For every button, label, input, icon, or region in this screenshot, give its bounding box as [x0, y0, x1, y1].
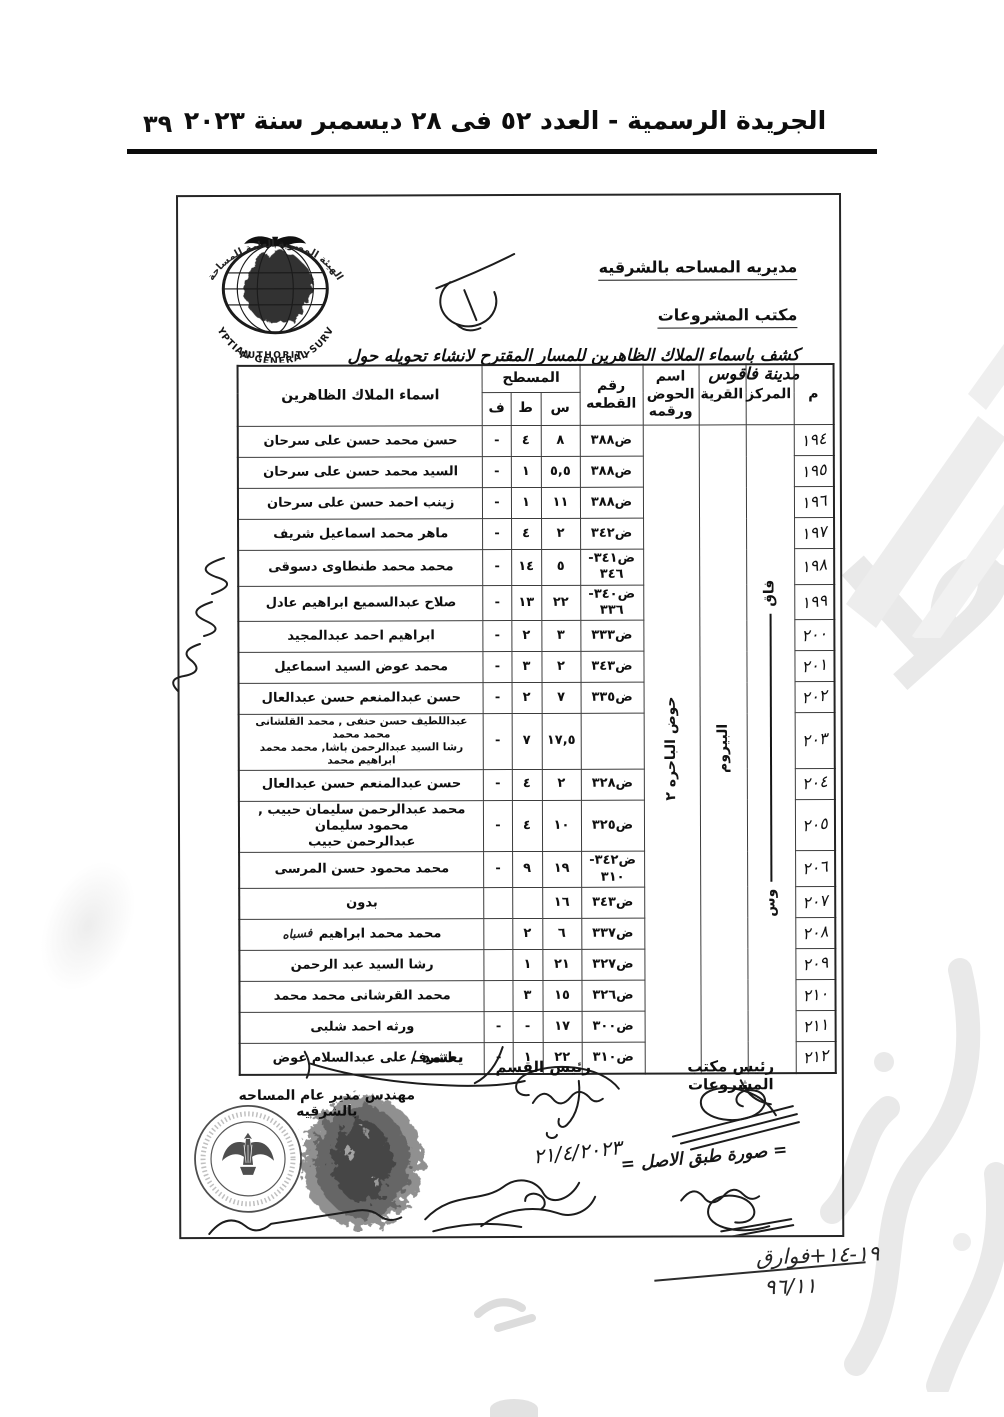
col-header-area: المسطح [483, 365, 580, 393]
area-t-cell: ٧ [512, 713, 542, 769]
area-t-cell: ٢ [512, 918, 542, 949]
owner-name-cell: زينب احمد حسن على سرحان [238, 488, 483, 520]
watermark-blob-left [22, 847, 154, 1005]
owner-name: حسن محمد حسن على سرحان [264, 433, 458, 449]
owner-name: حسن عبدالمنعم حسن عبدالعال [262, 777, 461, 793]
area-f-cell: - [483, 426, 511, 457]
owner-name-cell: ورثه احمد شلبى [240, 1011, 485, 1043]
owner-name-cell: محمد القرشانى محمد محمد [239, 980, 484, 1012]
area-s-cell: ٢ [541, 651, 580, 682]
owner-name: ابراهيم احمد عبدالمجيد [287, 628, 434, 643]
signature-lower-center [425, 1180, 595, 1231]
pen-scribble-icon [416, 242, 521, 338]
area-s-cell: ٥ [541, 549, 580, 585]
col-header-area-t: ط [511, 392, 541, 425]
owner-name: بدون [346, 895, 378, 910]
center-vertical-text: فاقوس [761, 580, 780, 917]
col-header-area-s: س [541, 392, 580, 425]
row-number: ٢٠١ [800, 654, 828, 677]
owner-name-cell: بدون [239, 887, 484, 919]
section-head-label: رئيس القسم [486, 1058, 601, 1076]
row-number: ١٩٤ [799, 428, 827, 451]
owner-name-cell: السيد محمد حسن على سرحان [238, 457, 483, 489]
row-number: ١٩٦ [800, 490, 828, 513]
owner-name: محمد محمد ابراهيم [319, 926, 442, 941]
area-t-cell: ٤ [512, 800, 542, 852]
area-t-cell: - [513, 1011, 543, 1042]
row-number-cell: ١٩٧ [794, 518, 834, 549]
gazette-header-title: الجريدة الرسمية - العدد ٥٢ فى ٢٨ ديسمبر … [180, 106, 830, 135]
area-f-cell [484, 887, 512, 918]
area-t-cell: ٤ [512, 769, 542, 800]
owner-name-cell: محمد عوض السيد اسماعيل [238, 652, 483, 684]
projects-office-head-label: رئيس مكتب المشروعات [651, 1057, 811, 1094]
row-number-cell: ٢١٠ [795, 979, 835, 1010]
area-f-cell: - [483, 621, 511, 652]
owner-name: السيد محمد حسن على سرحان [263, 464, 458, 480]
area-t-cell: ٣ [511, 651, 541, 682]
area-s-cell: ٢١ [542, 949, 581, 980]
plot-number-cell [581, 713, 644, 769]
plot-number-cell: ض٣٤٣ [580, 651, 643, 682]
logo-authority-word: AUTHORITY [240, 351, 312, 361]
row-number: ٢٠٢ [800, 685, 828, 708]
row-number: ٢٠٣ [800, 729, 828, 752]
owner-name: عبداللطيف حسن حنفى , محمد القلشانى محمد … [255, 715, 467, 767]
col-header-center: المركز [746, 364, 794, 425]
handwritten-margin-calc: ١٩-١٤+فوارق ٩٦/١١ [611, 1241, 881, 1304]
area-s-cell: ٣ [541, 620, 580, 651]
area-s-cell: ٨ [541, 425, 580, 456]
area-t-cell: ٤ [511, 518, 541, 549]
area-s-cell: ١٦ [542, 887, 581, 918]
center-word-start: فاق [761, 580, 779, 607]
plot-number-cell: ض٣٤١- ٣٤٦ [580, 549, 643, 585]
owner-name-cell: ابراهيم احمد عبدالمجيد [238, 621, 483, 653]
area-f-cell [484, 980, 512, 1011]
owner-name-cell: محمد محمد طنطاوى دسوقى [238, 550, 483, 586]
col-header-number: م [794, 364, 834, 425]
row-number-cell: ٢٠٦ [795, 851, 835, 887]
table-row: ١٩٤فاقوسالبيرومحوض الباحره ٢ض٣٨٨٨٤-حسن م… [238, 425, 834, 458]
owner-name: صلاح عبدالسميع ابراهيم عادل [266, 595, 457, 611]
plot-number-cell: ض٣٨٨ [580, 487, 643, 518]
owner-name: محمد محمد طنطاوى دسوقى [268, 559, 453, 575]
gazette-page: المط الجريدة الرسمية - العدد ٥٢ فى ٢٨ دي… [0, 0, 1004, 1417]
area-f-cell: - [483, 457, 511, 488]
plot-number-cell: ض٣٤٢- ٣١٠ [581, 851, 644, 887]
row-number: ١٩٧ [800, 521, 828, 544]
owner-name: ورثه احمد شلبى [310, 1019, 414, 1034]
area-s-cell: ١٧,٥ [542, 713, 581, 769]
globe-landmass [245, 252, 313, 323]
row-number-cell: ١٩٥ [794, 456, 834, 487]
owner-name: محمد عبدالرحمن سليمان حبيب , محمود سليما… [258, 802, 465, 850]
owner-name-cell: محمد عبدالرحمن سليمان حبيب , محمود سليما… [239, 800, 484, 853]
owner-name: محمد عوض السيد اسماعيل [274, 659, 448, 675]
directorate-heading: مديريه المساحه بالشرقيه [599, 257, 798, 281]
row-number-cell: ٢٠٢ [795, 682, 835, 713]
calc-bottom-line: ٩٦/١١ [612, 1274, 817, 1305]
area-t-cell: ٣ [512, 980, 542, 1011]
col-header-basin: اسم الحوض ورقمه [643, 364, 699, 425]
row-number-cell: ١٩٦ [794, 487, 834, 518]
village-vertical-text: البيروم [714, 724, 732, 773]
globe-eagle-logo-icon: الهيئة المصرية العامة للمساحة EGYPTIAN G… [200, 231, 350, 363]
owner-name-handwritten-suffix: فسباه [282, 925, 313, 942]
owner-name: محمد القرشانى محمد محمد [274, 988, 451, 1004]
area-f-cell: - [484, 852, 512, 888]
area-s-cell: ٢ [541, 518, 580, 549]
header-rule [127, 149, 877, 154]
plot-number-cell: ض٣٤٢ [580, 518, 643, 549]
row-number: ٢٠٧ [801, 890, 829, 913]
row-number-cell: ٢٠٤ [795, 768, 835, 799]
area-f-cell: - [484, 683, 512, 714]
area-f-cell [484, 949, 512, 980]
scanned-document-sheet: الهيئة المصرية العامة للمساحة EGYPTIAN G… [176, 193, 844, 1239]
approver-title-label: مهندس مدير عام المساحه بالشرقيه [209, 1087, 445, 1120]
owner-name-cell: صلاح عبدالسميع ابراهيم عادل [238, 585, 483, 621]
row-number: ٢٠٥ [801, 813, 829, 836]
owner-name: رشا السيد عبد الرحمن [291, 957, 434, 972]
area-s-cell: ٦ [542, 918, 581, 949]
plot-number-cell: ض٣٢٧ [581, 949, 644, 980]
basin-merged-cell: حوض الباحره ٢ [643, 425, 701, 1073]
row-number: ٢١١ [801, 1014, 829, 1037]
row-number-cell: ٢٠٧ [795, 886, 835, 917]
owner-name-cell: حسن عبدالمنعم حسن عبدالعال [239, 683, 484, 715]
row-number: ٢٠٠ [800, 623, 828, 646]
area-f-cell: - [485, 1011, 513, 1042]
owner-name-cell: ماهر محمد اسماعيل شريف [238, 519, 483, 551]
owner-name-cell: محمد محمد ابراهيمفسباه [239, 918, 484, 950]
area-f-cell: - [484, 800, 512, 852]
header-row-1: م المركز القرية اسم الحوض ورقمه رقم القط… [238, 364, 834, 393]
area-f-cell: - [483, 550, 511, 586]
area-t-cell: ٢ [512, 682, 542, 713]
row-number: ٢٠٤ [801, 772, 829, 795]
owner-name-cell: حسن عبدالمنعم حسن عبدالعال [239, 769, 484, 801]
area-t-cell: ١ [512, 949, 542, 980]
row-number: ١٩٨ [800, 555, 828, 578]
owner-name: محمد محمود حسن المرسى [275, 862, 450, 878]
owner-name-cell: محمد محمود حسن المرسى [239, 852, 484, 888]
area-t-cell: ١٤ [511, 549, 541, 585]
gazette-page-number: ٣٩ [143, 110, 172, 138]
col-header-names: اسماء الملاك الظاهرين [238, 365, 483, 426]
watermark-strokes-top [828, 298, 1004, 638]
area-f-cell [484, 918, 512, 949]
area-s-cell: ٢ [542, 769, 581, 800]
plot-number-cell: ض٣٢٨ [581, 769, 644, 800]
row-number-cell: ١٩٩ [794, 584, 834, 620]
plot-number-cell: ض٣٨٨ [580, 425, 643, 456]
area-t-cell: ٩ [512, 852, 542, 888]
area-t-cell: ٤ [511, 425, 541, 456]
area-s-cell: ١٧ [543, 1011, 582, 1042]
col-header-plot: رقم القطعه [580, 365, 643, 426]
area-f-cell: - [483, 585, 511, 621]
center-word-end: وس [762, 889, 780, 917]
area-s-cell: ١٥ [542, 980, 581, 1011]
col-header-area-f: ف [483, 393, 511, 426]
plot-number-cell: ض٣٢٦ [581, 980, 644, 1011]
area-t-cell: ١ [511, 456, 541, 487]
area-t-cell: ١ [511, 487, 541, 518]
area-f-cell: - [483, 519, 511, 550]
owner-name-cell: رشا السيد عبد الرحمن [239, 949, 484, 981]
signature-lower-right [681, 1190, 793, 1237]
row-number-cell: ٢٠١ [794, 651, 834, 682]
owner-name: زينب احمد حسن على سرحان [267, 495, 454, 511]
watermark-edge-blob [490, 1399, 538, 1417]
area-f-cell: - [484, 769, 512, 800]
plot-number-cell: ض٣٢٥ [581, 800, 644, 852]
approved-label: يعتمد / [411, 1047, 464, 1066]
area-f-cell: - [483, 652, 511, 683]
watermark-marks-bottom-center [468, 1272, 560, 1334]
row-number: ٢٠٦ [801, 857, 829, 880]
row-number-cell: ٢١١ [796, 1010, 836, 1041]
row-number: ٢١٠ [801, 983, 829, 1006]
owner-name-cell: حسن محمد حسن على سرحان [238, 426, 483, 458]
village-merged-cell: البيروم [699, 425, 748, 1073]
owner-name-cell: عبداللطيف حسن حنفى , محمد القلشانى محمد … [239, 714, 484, 770]
area-s-cell: ٢٢ [541, 585, 580, 621]
plot-number-cell: ض٣٤٠- ٣٣٦ [580, 585, 643, 621]
area-s-cell: ٧ [542, 682, 581, 713]
official-round-stamp [195, 1106, 301, 1212]
calc-top-line: ١٩-١٤+فوارق [611, 1241, 880, 1274]
plot-number-cell: ض٣٣٧ [581, 918, 644, 949]
area-s-cell: ١٩ [542, 852, 581, 888]
row-number-cell: ٢٠٣ [795, 713, 835, 769]
basin-vertical-text: حوض الباحره ٢ [663, 697, 681, 801]
area-s-cell: ١١ [541, 487, 580, 518]
plot-number-cell: ض٣٣٥ [581, 682, 644, 713]
area-f-cell: - [483, 488, 511, 519]
row-number-cell: ١٩٤ [794, 425, 834, 456]
authority-logo: الهيئة المصرية العامة للمساحة EGYPTIAN G… [200, 231, 350, 363]
area-s-cell: ٥,٥ [541, 456, 580, 487]
projects-office-heading: مكتب المشروعات [658, 305, 798, 328]
margin-scribble-icon [150, 540, 242, 712]
kashida-line [769, 614, 772, 882]
row-number-cell: ٢٠٨ [795, 917, 835, 948]
area-t-cell: ١٣ [511, 585, 541, 621]
row-number: ٢٠٩ [801, 952, 829, 975]
row-number-cell: ٢٠٩ [795, 948, 835, 979]
row-number-cell: ٢٠٠ [794, 620, 834, 651]
col-header-village: القرية [699, 364, 746, 425]
row-number: ٢٠٨ [801, 921, 829, 944]
plot-number-cell: ض٣٤٣ [581, 887, 644, 918]
plot-number-cell: ض٣٣٣ [580, 620, 643, 651]
plot-number-cell: ض٣٠٠ [582, 1011, 645, 1042]
plot-number-cell: ض٣٨٨ [580, 456, 643, 487]
row-number: ١٩٩ [800, 590, 828, 613]
area-t-cell: ٢ [511, 620, 541, 651]
area-t-cell [512, 887, 542, 918]
row-number-cell: ٢٠٥ [795, 799, 835, 851]
owner-name: ماهر محمد اسماعيل شريف [273, 526, 448, 542]
owners-table: م المركز القرية اسم الحوض ورقمه رقم القط… [237, 363, 837, 1076]
area-f-cell: - [484, 714, 512, 770]
row-number-cell: ١٩٨ [794, 549, 834, 585]
area-s-cell: ١٠ [542, 800, 581, 852]
owner-name: حسن عبدالمنعم حسن عبدالعال [262, 690, 461, 706]
row-number: ١٩٥ [800, 459, 828, 482]
center-merged-cell: فاقوس [746, 425, 796, 1073]
signature-section-head [516, 1067, 619, 1139]
